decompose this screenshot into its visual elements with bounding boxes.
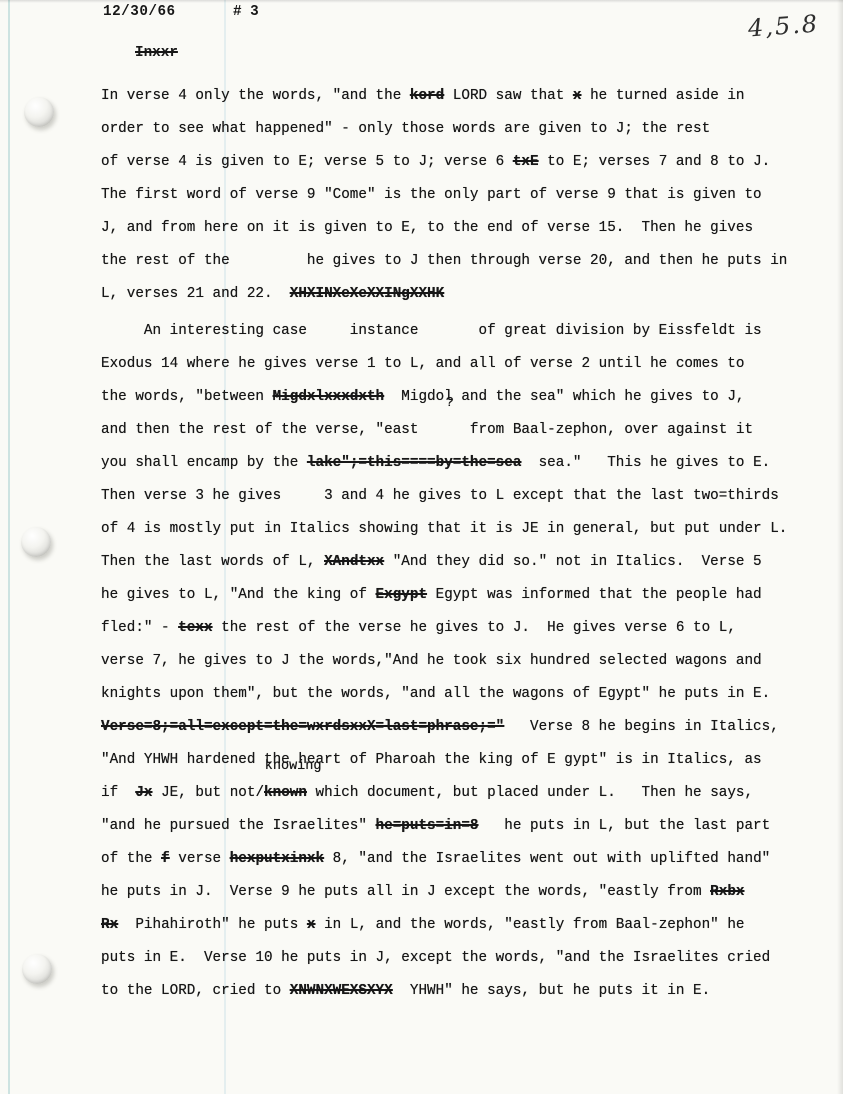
text-run: In verse 4 only the words, "and the (101, 88, 410, 104)
struck-text: x (307, 917, 316, 933)
text-run: Pihahiroth" he puts (118, 917, 307, 933)
struck-text: kord (410, 88, 444, 104)
text-line: fled:" - texx the rest of the verse he g… (101, 612, 821, 645)
text-run: knights upon them", but the words, "and … (101, 686, 770, 702)
text-line: knights upon them", but the words, "and … (101, 678, 821, 711)
scan-edge-shadow-top (0, 0, 843, 3)
text-line: he puts in J. Verse 9 he puts all in J e… (101, 876, 821, 909)
struck-text: txE (513, 154, 539, 170)
text-run: fled:" - (101, 620, 178, 636)
struck-text: x (573, 88, 582, 104)
struck-text: XAndtxx (324, 554, 384, 570)
scan-edge-line (8, 0, 10, 1094)
text-line: L, verses 21 and 22. XHXINXeXeXXINgXXHK (101, 278, 821, 311)
text-run: "and he pursued the Israelites" (101, 818, 376, 834)
text-run: Then the last words of L, (101, 554, 324, 570)
text-line: the rest of the he gives to J then throu… (101, 245, 821, 278)
struck-text: XNWNXWEXSXYX (290, 983, 393, 999)
struck-text: known (264, 785, 307, 801)
text-run: to E; verses 7 and 8 to J. (539, 154, 771, 170)
struck-text: hexputxinxk (230, 851, 324, 867)
document-body: In verse 4 only the words, "and the kord… (101, 80, 821, 1008)
scan-edge-shadow (837, 0, 843, 1094)
text-run: YHWH" he says, but he puts it in E. (393, 983, 710, 999)
text-line: he gives to L, "And the king of Exgypt E… (101, 579, 821, 612)
text-line: you shall encamp by the lake";=this====b… (101, 447, 821, 480)
text-line: and then the rest of the verse, "east fr… (101, 414, 821, 447)
text-run: of the (101, 851, 161, 867)
struck-text: lake";=this====by=the=sea (307, 455, 522, 471)
header-date: 12/30/66 (103, 4, 176, 20)
text-run: Egypt was informed that the people had (427, 587, 762, 603)
text-line: verse 7, he gives to J the words,"And he… (101, 645, 821, 678)
punch-hole (21, 527, 51, 557)
struck-text: f (161, 851, 170, 867)
text-run: of verse 4 is given to E; verse 5 to J; … (101, 154, 513, 170)
text-line: of the f verse hexputxinxk 8, "and the I… (101, 843, 821, 876)
text-line: The first word of verse 9 "Come" is the … (101, 179, 821, 212)
text-run: you shall encamp by the (101, 455, 307, 471)
text-run: Exodus 14 where he gives verse 1 to L, a… (101, 356, 744, 372)
text-run: JE, but not/ (153, 785, 265, 801)
text-line: "And YHWH hardened the heart of Pharoah … (101, 744, 821, 777)
text-run: "And they did so." not in Italics. Verse… (384, 554, 762, 570)
text-run: if (101, 785, 135, 801)
text-line: of 4 is mostly put in Italics showing th… (101, 513, 821, 546)
text-run: he gives to L, "And the king of (101, 587, 376, 603)
text-line: Then verse 3 he gives 3 and 4 he gives t… (101, 480, 821, 513)
text-run: to the LORD, cried to (101, 983, 290, 999)
text-run: the words, "between (101, 389, 273, 405)
text-line: Exodus 14 where he gives verse 1 to L, a… (101, 348, 821, 381)
text-line: puts in E. Verse 10 he puts in J, except… (101, 942, 821, 975)
text-run: The first word of verse 9 "Come" is the … (101, 187, 762, 203)
text-run: An interesting case instance of great di… (101, 323, 762, 339)
struck-text: texx (178, 620, 212, 636)
interlinear-annotation: knowing (265, 760, 322, 774)
text-run: verse 7, he gives to J the words,"And he… (101, 653, 762, 669)
text-line: An interesting case instance of great di… (101, 315, 821, 348)
text-line: In verse 4 only the words, "and the kord… (101, 80, 821, 113)
handwritten-mark: 4,5.8 (747, 10, 820, 43)
text-run: Migdol and the sea" which he gives to J, (384, 389, 744, 405)
text-line: Verse=8;=all=except=the=wxrdsxxX=last=ph… (101, 711, 821, 744)
text-run: the rest of the he gives to J then throu… (101, 253, 787, 269)
text-run: which document, but placed under L. Then… (307, 785, 753, 801)
header-page-number: # 3 (233, 4, 259, 20)
punch-hole (24, 97, 54, 127)
text-line: J, and from here on it is given to E, to… (101, 212, 821, 245)
text-run: he puts in L, but the last part (479, 818, 771, 834)
text-run: he puts in J. Verse 9 he puts all in J e… (101, 884, 710, 900)
document-page: 12/30/66 # 3 4,5.8 Inxxr In verse 4 only… (0, 0, 843, 1094)
text-run: order to see what happened" - only those… (101, 121, 710, 137)
text-run: puts in E. Verse 10 he puts in J, except… (101, 950, 770, 966)
struck-text: Rx (101, 917, 118, 933)
text-run: 8, "and the Israelites went out with upl… (324, 851, 770, 867)
text-line: the words, "between Migdxlxxxdxth Migdol… (101, 381, 821, 414)
text-run: J, and from here on it is given to E, to… (101, 220, 753, 236)
struck-heading: Inxxr (135, 45, 178, 61)
text-run: L, verses 21 and 22. (101, 286, 290, 302)
punch-hole (22, 954, 52, 984)
text-line: to the LORD, cried to XNWNXWEXSXYX YHWH"… (101, 975, 821, 1008)
text-run: in L, and the words, "eastly from Baal-z… (316, 917, 745, 933)
struck-text: he=puts=in=8 (376, 818, 479, 834)
text-line: "and he pursued the Israelites" he=puts=… (101, 810, 821, 843)
text-run: and then the rest of the verse, "east fr… (101, 422, 753, 438)
struck-text: Exgypt (376, 587, 427, 603)
struck-text: Verse=8;=all=except=the=wxrdsxxX=last=ph… (101, 719, 504, 735)
struck-text: Rxbx (710, 884, 744, 900)
text-run: sea." This he gives to E. (521, 455, 770, 471)
interlinear-annotation: ? (446, 397, 454, 411)
struck-text: XHXINXeXeXXINgXXHK (290, 286, 444, 302)
text-line: if Jx JE, but not/known which document, … (101, 777, 821, 810)
text-run: "And YHWH hardened the heart of Pharoah … (101, 752, 762, 768)
text-run: of 4 is mostly put in Italics showing th… (101, 521, 787, 537)
struck-text: Jx (135, 785, 152, 801)
text-run: Verse 8 he begins in Italics, (504, 719, 779, 735)
text-line: of verse 4 is given to E; verse 5 to J; … (101, 146, 821, 179)
struck-text: Migdxlxxxdxth (273, 389, 385, 405)
text-run: he turned aside in (582, 88, 745, 104)
text-run: Then verse 3 he gives 3 and 4 he gives t… (101, 488, 779, 504)
text-line: order to see what happened" - only those… (101, 113, 821, 146)
text-line: Rx Pihahiroth" he puts x in L, and the w… (101, 909, 821, 942)
text-run: LORD saw that (444, 88, 573, 104)
text-run: the rest of the verse he gives to J. He … (213, 620, 736, 636)
text-line: Then the last words of L, XAndtxx "And t… (101, 546, 821, 579)
text-run: verse (170, 851, 230, 867)
